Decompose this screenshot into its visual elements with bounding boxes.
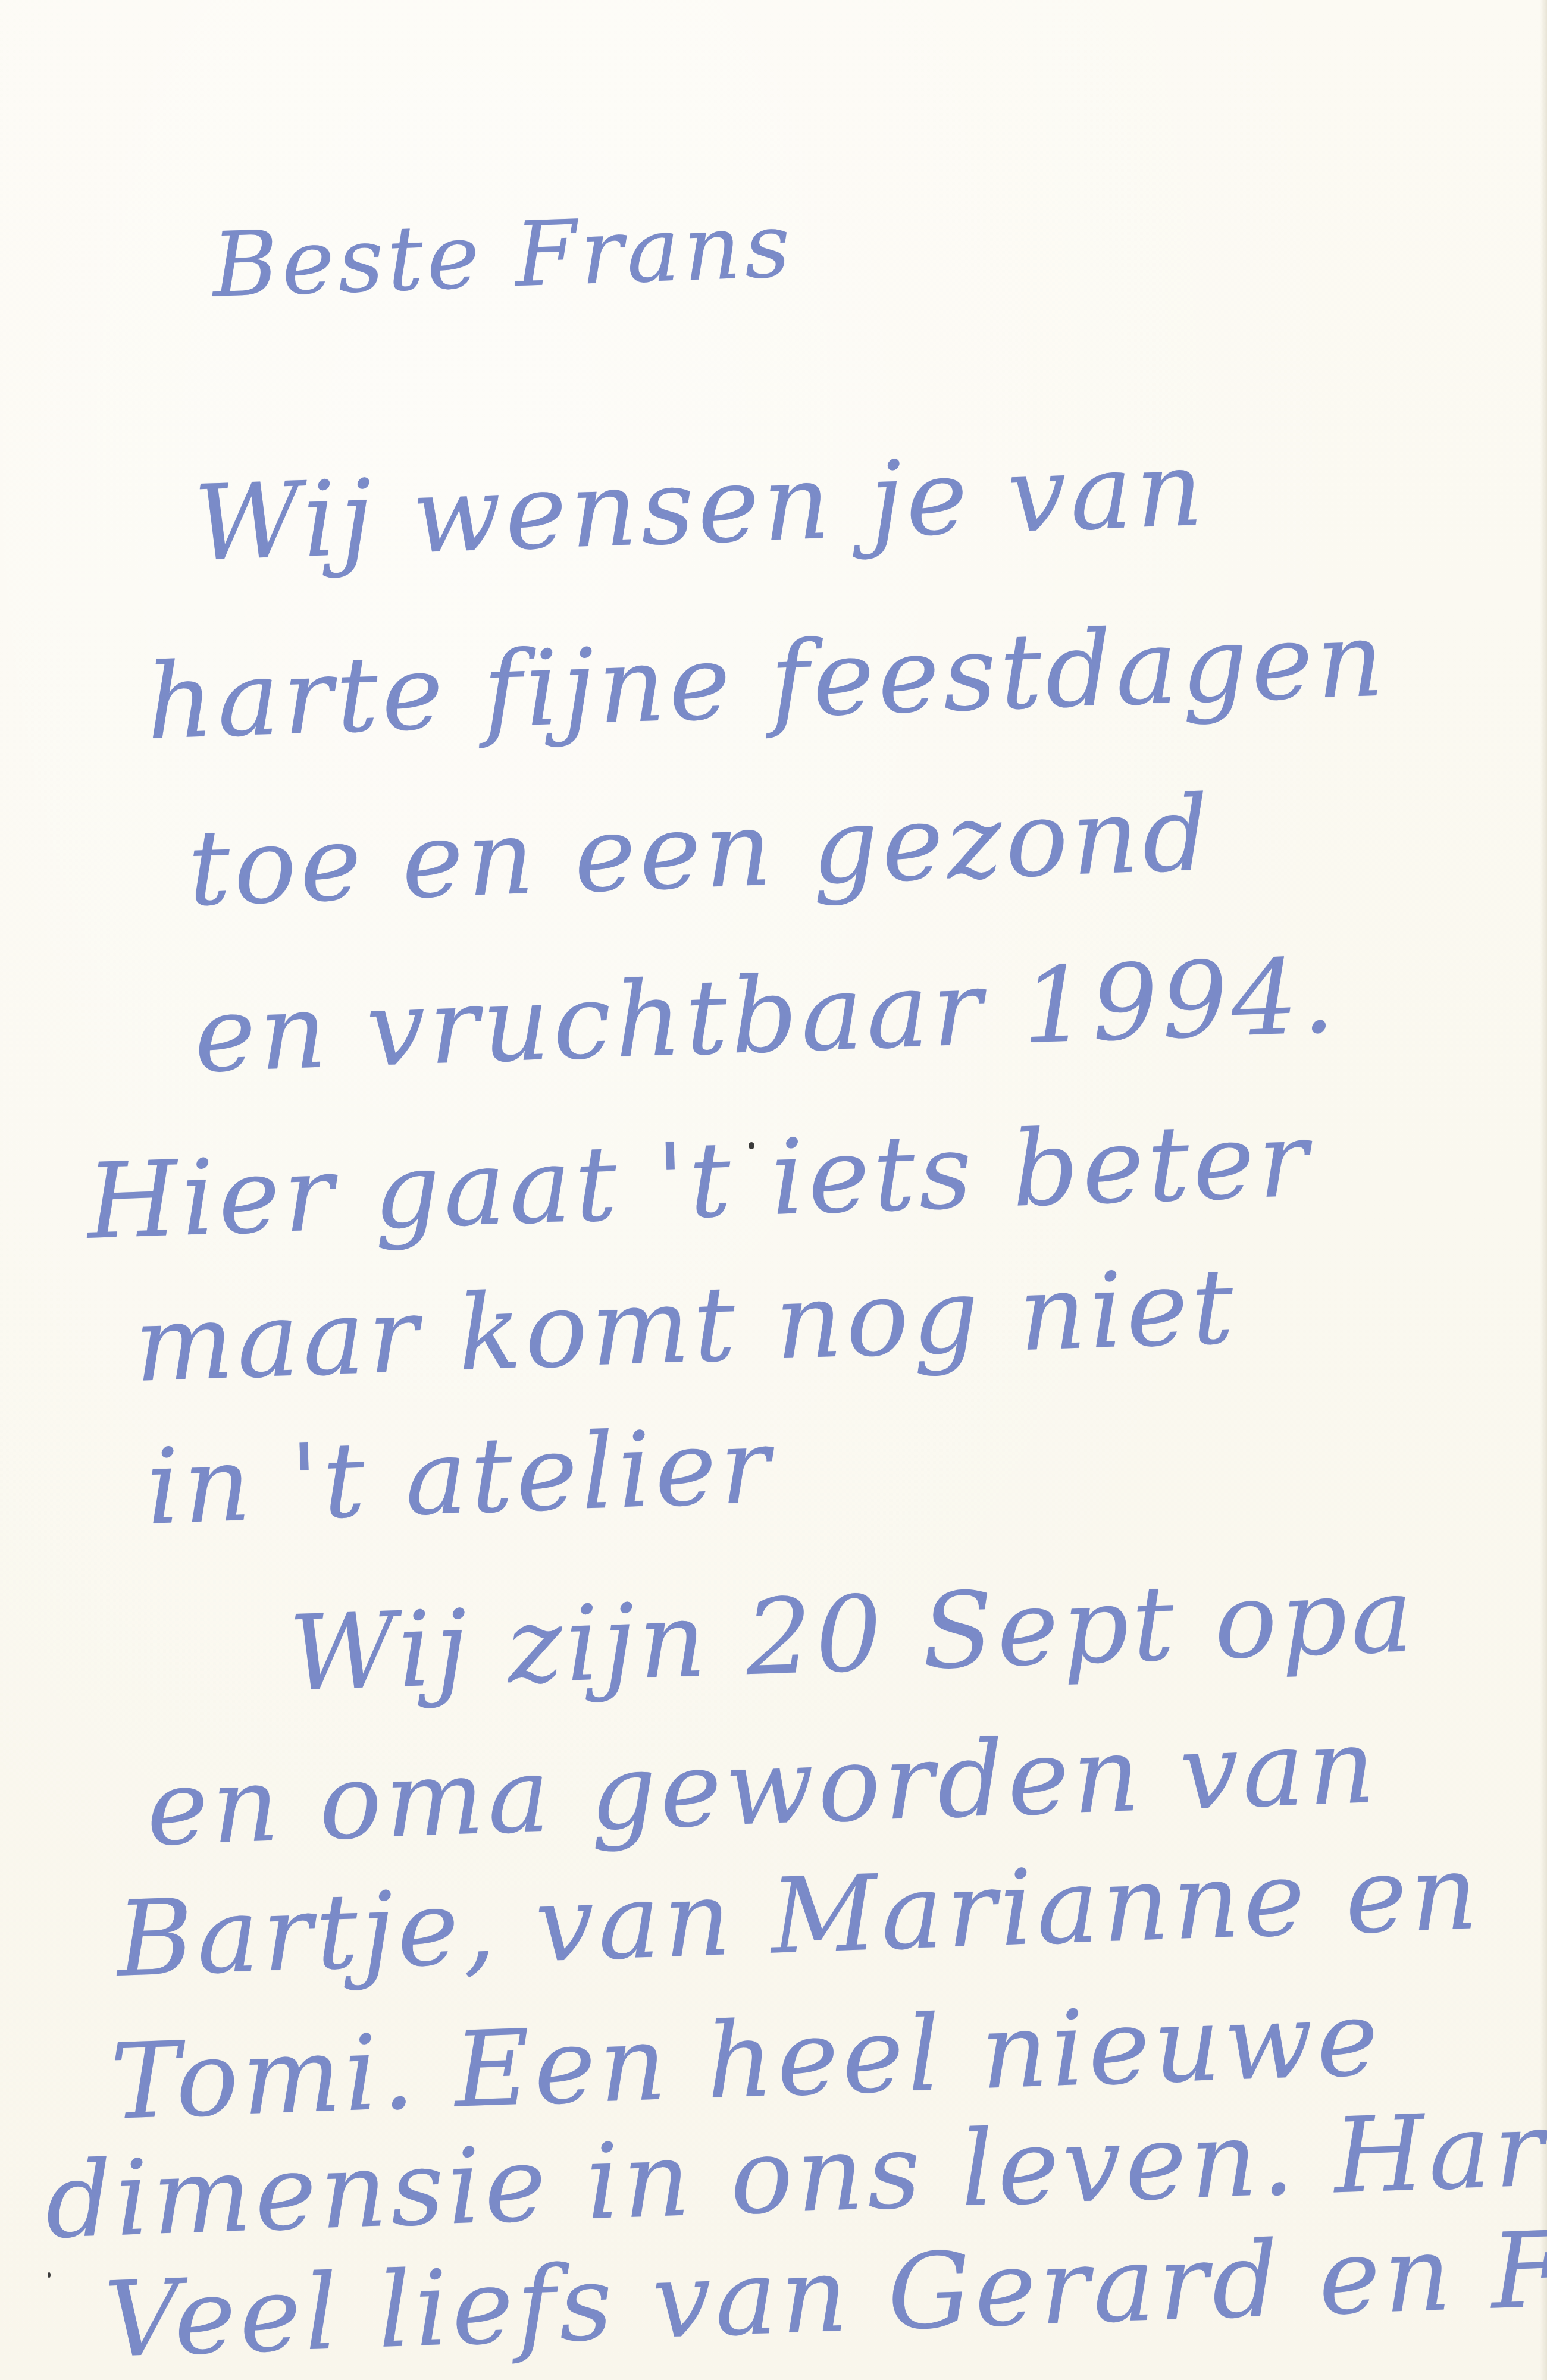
paper-speck xyxy=(48,2272,51,2278)
letter-salutation: Beste Frans xyxy=(211,194,796,318)
letter-line-7: in 't atelier xyxy=(145,1406,775,1548)
paper-speck xyxy=(749,1142,754,1149)
paper-edge xyxy=(1540,0,1547,2380)
